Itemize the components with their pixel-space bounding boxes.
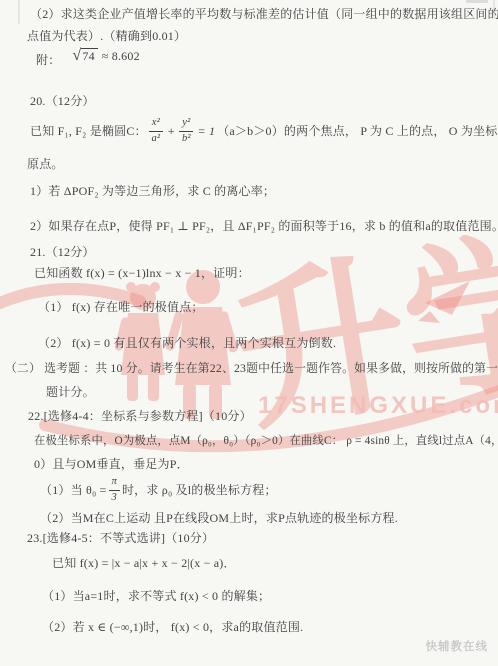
footer-logo-text: 快辅教在线 xyxy=(426,641,489,653)
q19-note-label: 附： xyxy=(36,53,60,68)
q23-part1: （1）当a=1时，求不等式 f(x) < 0 的解集； xyxy=(42,589,270,604)
q19-note: 附：√74≈ 8.602 xyxy=(36,46,140,66)
q22-intro-line1: 在极坐标系中，O为极点，点M（ρ₀，θ₀）（ρ₀＞0）在曲线C： ρ = 4si… xyxy=(34,434,498,448)
q20-part2: 2）如果存在点P，使得 PF₁ ⊥ PF₂，且 ΔF₁PF₂ 的面积等于16，求… xyxy=(30,219,498,234)
sqrt-radicand: 74 xyxy=(81,48,97,63)
q20-header: 20.（12分） xyxy=(30,94,95,109)
q23-part2: （2）若 x ∈ (−∞,1)时， f(x) < 0，求a的取值范围. xyxy=(42,620,303,635)
q23-intro: 已知 f(x) = |x − a|x + x − 2|(x − a)． xyxy=(52,556,236,571)
q20-intro-wrap: 原点。 xyxy=(27,157,64,172)
fraction-denominator: b² xyxy=(179,132,193,145)
ellipse-fraction-y: y²b² xyxy=(179,118,193,144)
fraction-numerator: π xyxy=(109,477,120,491)
section2-line2: 题计分。 xyxy=(46,385,95,400)
fraction-numerator: y² xyxy=(179,118,193,132)
q22-part1: （1）当 θ₀ = π3 时，求 ρ₀ 及l的极坐标方程； xyxy=(40,474,277,506)
scan-artifact xyxy=(466,0,488,3)
q22-header: 22.[选修4-4：坐标系与参数方程]（10分） xyxy=(28,409,252,424)
plus-operator: + xyxy=(167,124,175,139)
q20-intro-line: 已知 F₁, F₂ 是椭圆C： x²a² + y²b² = 1 （a＞b＞0）的… xyxy=(30,110,497,152)
q23-header: 23.[选修4-5：不等式选讲]（10分） xyxy=(27,531,214,546)
q20-part1: 1）若 ΔPOF₂ 为等边三角形，求 C 的离心率； xyxy=(30,184,275,199)
equals-sign: = 1 xyxy=(197,124,215,139)
q20-intro-prefix: 已知 F₁, F₂ 是椭圆C： xyxy=(30,124,147,139)
q22-intro-line2: 0）且与OM垂直，垂足为P． xyxy=(34,457,189,472)
q22-part2: （2）当M在C上运动 且P在线段OM上时，求P点轨迹的极坐标方程. xyxy=(40,511,398,526)
scan-artifact xyxy=(18,0,20,24)
footer-logo: 快辅教在线 xyxy=(426,638,489,654)
q19-part2-line2: 点值为代表）.（精确到0.01） xyxy=(27,29,186,44)
ellipse-fraction-x: x²a² xyxy=(149,118,163,144)
q19-part2-line1: （2）求这类企业产值增长率的平均数与标准差的估计值（同一组中的数据用该组区间的中 xyxy=(30,7,498,22)
pi-over-3-fraction: π3 xyxy=(109,477,120,503)
q22-part1-suffix: 时，求 ρ₀ 及l的极坐标方程； xyxy=(122,483,277,498)
exam-page: 升学 17SHENGXUE.com （2）求这类企业产值增长率的平均数与标准差的… xyxy=(0,0,498,666)
q21-header: 21.（12分） xyxy=(30,245,95,260)
watermark-site-text: 17SHENGXUE.com xyxy=(258,392,498,419)
fraction-denominator: 3 xyxy=(109,491,120,504)
q20-intro-suffix: （a＞b＞0）的两个焦点， P 为 C 上的点， O 为坐标 xyxy=(217,124,497,139)
sqrt-result: ≈ 8.602 xyxy=(102,49,140,63)
q22-part1-prefix: （1）当 θ₀ = xyxy=(40,483,107,498)
q21-part1: （1） f(x) 存在唯一的极值点； xyxy=(38,300,204,315)
fraction-numerator: x² xyxy=(149,118,163,132)
section2-line1: （二） 选考题 ：共 10 分。请考生在第22、23题中任选一题作答。如果多做，… xyxy=(5,361,498,376)
fraction-denominator: a² xyxy=(149,132,163,145)
q21-part2: （2） f(x) = 0 有且仅有两个实根，且两个实根互为倒数. xyxy=(38,336,336,351)
q21-intro: 已知函数 f(x) = (x−1)lnx − x − 1，证明： xyxy=(34,266,250,281)
watermark-rocket-icon xyxy=(418,281,470,323)
